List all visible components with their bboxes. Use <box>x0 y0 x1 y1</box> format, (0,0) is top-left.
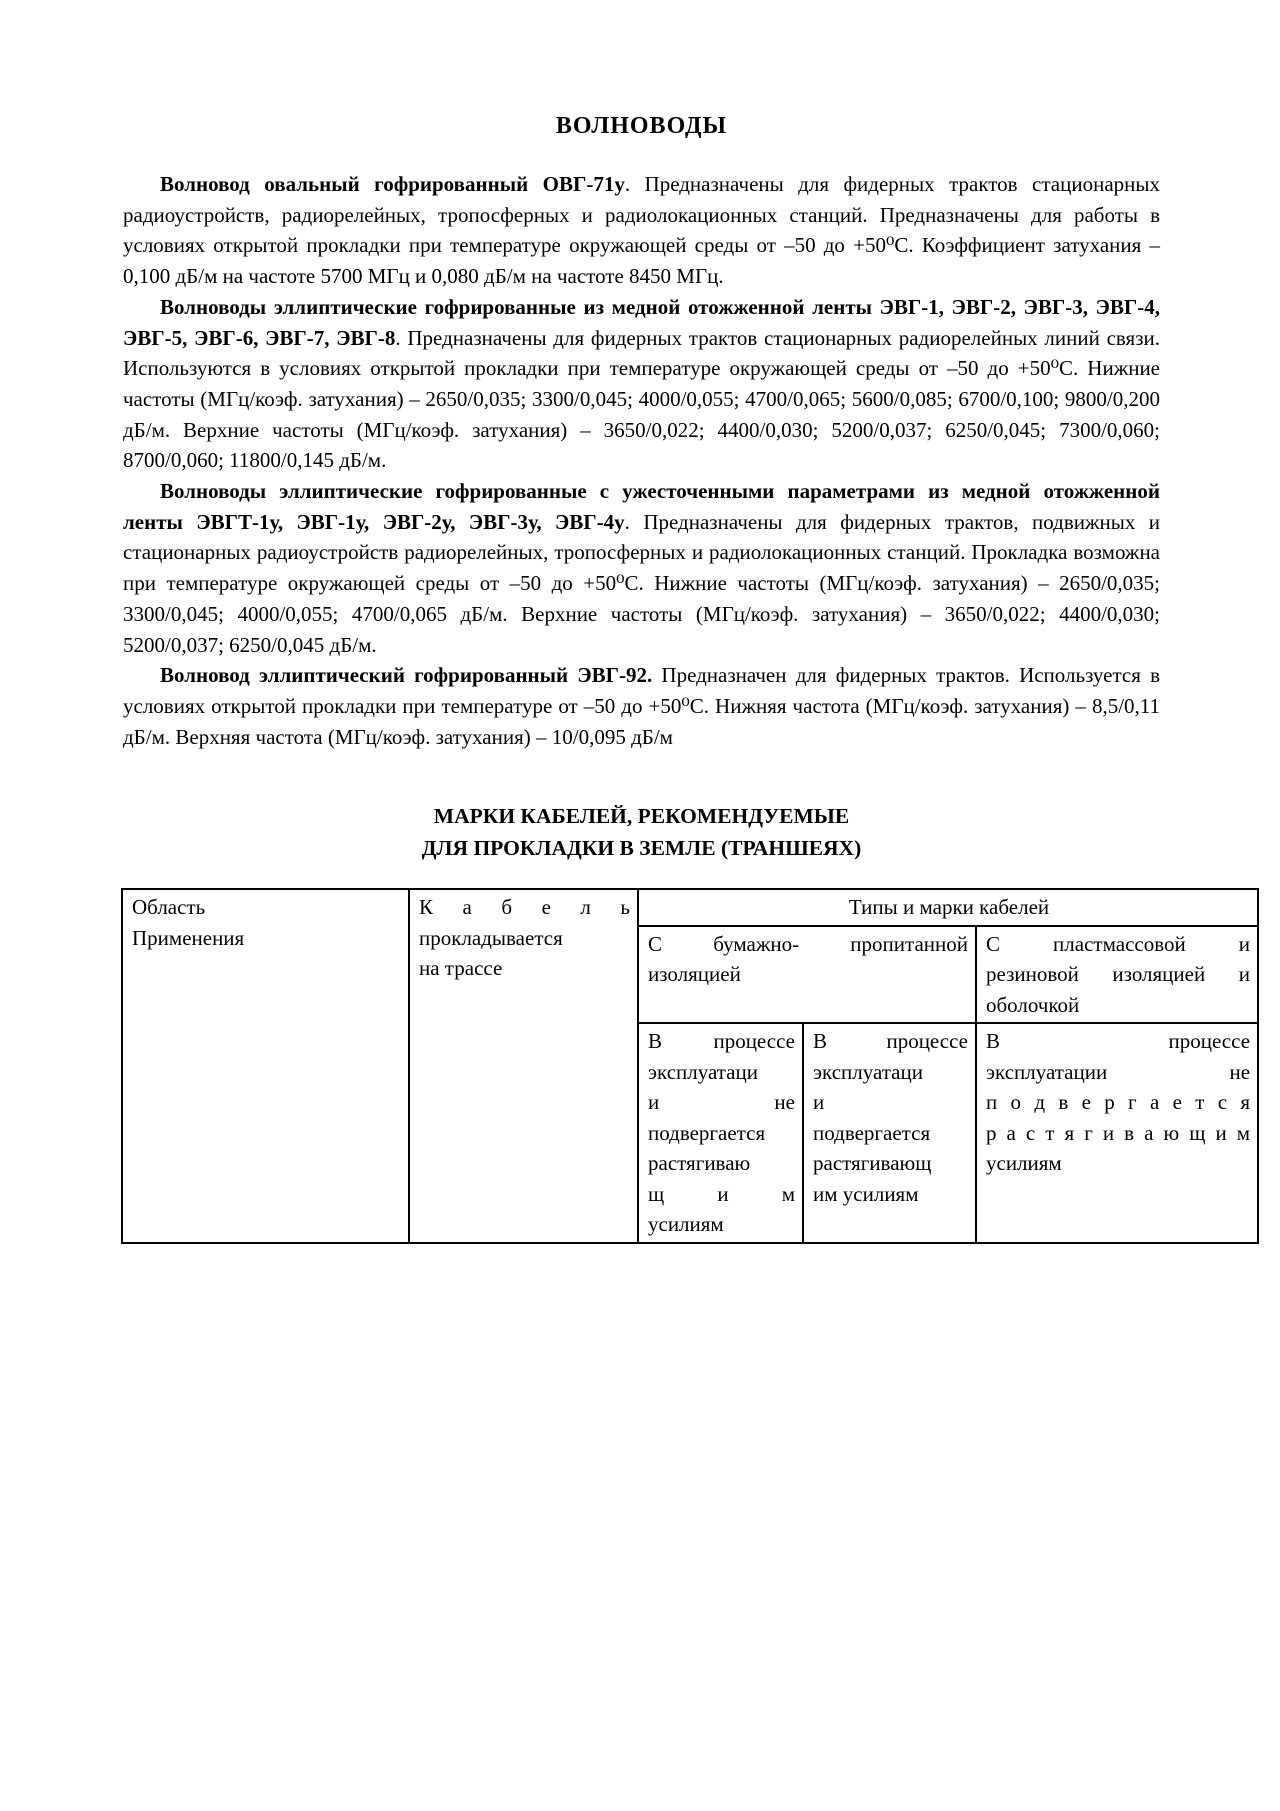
paragraph-evg-1-8: Волноводы эллиптические гофрированные из… <box>123 292 1160 476</box>
paragraph-ovg-71u-lead: Волновод овальный гофрированный ОВГ-71у <box>160 172 625 196</box>
area-of-use-header-cell: ОбластьПрименения <box>122 889 409 1243</box>
document-title: ВОЛНОВОДЫ <box>123 112 1160 140</box>
paper-insulation-cell: С бумажно- пропитаннойизоляцией <box>638 926 976 1024</box>
paragraph-ovg-71u: Волновод овальный гофрированный ОВГ-71у.… <box>123 169 1160 292</box>
plastic-no-tension-cell: В процессеэксплуатации неп о д в е р г а… <box>976 1023 1258 1243</box>
paragraph-evg-92-lead: Волновод эллиптический гофрированный ЭВГ… <box>160 663 652 687</box>
plastic-insulation-cell: С пластмассовой ирезиновой изоляцией иоб… <box>976 926 1258 1024</box>
cable-types-header-cell: Типы и марки кабелей <box>638 889 1258 926</box>
paragraph-evg-92: Волновод эллиптический гофрированный ЭВГ… <box>123 660 1160 752</box>
body-text: Волновод овальный гофрированный ОВГ-71у.… <box>123 169 1160 752</box>
section-heading: МАРКИ КАБЕЛЕЙ, РЕКОМЕНДУЕМЫЕ ДЛЯ ПРОКЛАД… <box>123 800 1160 864</box>
document-page: ВОЛНОВОДЫ Волновод овальный гофрированны… <box>123 0 1160 1244</box>
paper-tension-cell: В процессеэксплуатацииподвергаетсярастяг… <box>803 1023 976 1243</box>
paragraph-evgt-u: Волноводы эллиптические гофрированные с … <box>123 476 1160 660</box>
section-heading-line-1: МАРКИ КАБЕЛЕЙ, РЕКОМЕНДУЕМЫЕ <box>123 800 1160 832</box>
cable-route-header-cell: К а б е л ьпрокладываетсяна трассе <box>409 889 638 1243</box>
paper-no-tension-cell: В процессеэксплуатации неподвергаетсярас… <box>638 1023 803 1243</box>
cables-table: ОбластьПрименения К а б е л ьпрокладывае… <box>121 888 1259 1244</box>
section-heading-line-2: ДЛЯ ПРОКЛАДКИ В ЗЕМЛЕ (ТРАНШЕЯХ) <box>123 832 1160 864</box>
